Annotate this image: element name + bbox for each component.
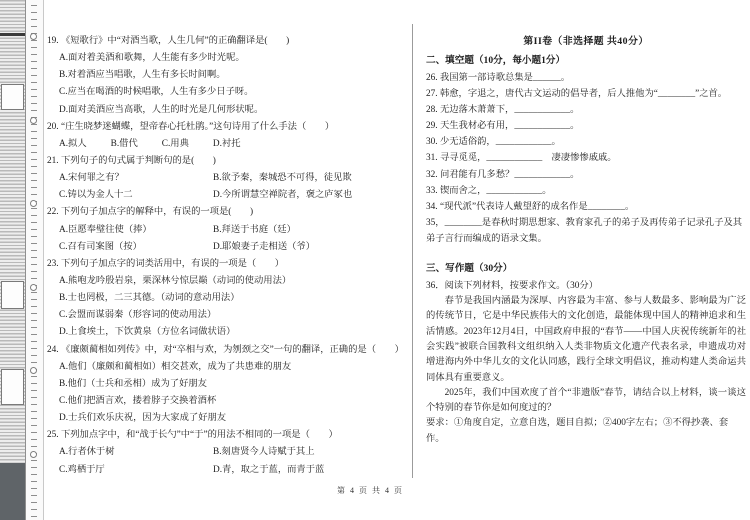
- column-divider: [412, 24, 413, 478]
- option: A.面对着美酒和歌舞，人生能有多少时光呢。: [59, 50, 245, 67]
- essay-question-intro: 36．阅读下列材料，按要求作文。（30分）: [426, 278, 746, 294]
- option: D.上食埃土，下饮黄泉（方位名词做状语）: [59, 324, 235, 341]
- option-row: B.对着酒应当唱歌，人生有多长时间啊。: [47, 67, 409, 84]
- option: C.应当在喝酒的时候唱歌，人生有多少日子呀。: [59, 84, 253, 101]
- vertical-ruler: [26, 0, 44, 520]
- fill-in-blank-item: 30. 少无适俗韵，____________。: [426, 134, 746, 150]
- option: C.铸以为金人十二: [59, 187, 213, 204]
- option: D.士兵们欢乐庆祝，因为大家成了好朋友: [59, 410, 226, 427]
- choice-questions-column: 19. 《短歌行》中“对酒当歌，人生几何”的正确翻译是( )A.面对着美酒和歌舞…: [47, 33, 409, 479]
- ruler-marker-icon[interactable]: [30, 367, 37, 374]
- question-stem: 20. “庄生晓梦迷蝴蝶，望帝春心托杜鹃。”这句诗用了什么手法（ ）: [47, 119, 409, 136]
- option: C.鸡栖于厅: [59, 462, 213, 479]
- ruler-marker-icon[interactable]: [30, 200, 37, 207]
- thumbnail-blank-block: [1, 281, 24, 309]
- page-number: 第 4 页 共 4 页: [337, 485, 404, 496]
- fill-in-blank-item: 34. “现代派”代表诗人戴望舒的成名作是________。: [426, 199, 746, 215]
- option: D.青，取之于蓝，而青于蓝: [213, 462, 324, 479]
- fill-in-blank-item: 33. 锲而舍之，____________。: [426, 183, 746, 199]
- option-row: C.铸以为金人十二D.今所谓慧空禅院者，褒之庐冢也: [47, 187, 409, 204]
- fill-in-blank-item: 29. 天生我材必有用，____________。: [426, 118, 746, 134]
- question-item: 21. 下列句子的句式属于判断句的是( )A.宋何罪之有？B.欲予秦，秦城恐不可…: [47, 153, 409, 204]
- fill-in-blank-item: 35，________是春秋时期思想家、教育家孔子的弟子及再传弟子记录孔子及其弟…: [426, 215, 746, 247]
- option: B.借代: [111, 136, 138, 153]
- page-thumbnails-panel[interactable]: [0, 0, 26, 520]
- option: D.衬托: [213, 136, 241, 153]
- option-row: A.熊咆龙吟殷岩泉，栗深林兮惊层巅（动词的使动用法）: [47, 273, 409, 290]
- option: B.对着酒应当唱歌，人生有多长时间啊。: [59, 67, 226, 84]
- question-stem: 25. 下列加点字中，和“战于长勺”中“于”的用法不相同的一项是（ ）: [47, 427, 409, 444]
- fill-in-blank-item: 31. 寻寻觅觅，____________ 凄凄惨惨戚戚。: [426, 150, 746, 166]
- ruler-marker-icon[interactable]: [30, 284, 37, 291]
- thumbnail-selected-block[interactable]: [0, 463, 25, 520]
- thumbnail-page-break: [0, 33, 25, 36]
- option: B.拜送于书庭（廷）: [213, 222, 296, 239]
- option-row: A.拟人B.借代C.用典D.衬托: [47, 136, 409, 153]
- option-row: C.会盟而谋弱秦（形容词的使动用法）: [47, 307, 409, 324]
- option: D.耶娘妻子走相送（爷）: [213, 239, 315, 256]
- fill-in-blank-list: 26. 我国第一部诗歌总集是______。27. 韩愈，字退之，唐代古文运动的倡…: [426, 70, 746, 247]
- option: B.欲予秦，秦城恐不可得，徒见欺: [213, 170, 352, 187]
- option: D.面对美酒应当高歌，人生的时光是几何形状呢。: [59, 102, 263, 119]
- option: A.熊咆龙吟殷岩泉，栗深林兮惊层巅（动词的使动用法）: [59, 273, 291, 290]
- option: C.会盟而谋弱秦（形容词的使动用法）: [59, 307, 216, 324]
- question-item: 20. “庄生晓梦迷蝴蝶，望帝春心托杜鹃。”这句诗用了什么手法（ ）A.拟人B.…: [47, 119, 409, 153]
- volume-2-title: 第II卷（非选择题 共40分）: [426, 33, 746, 51]
- ruler-marker-icon[interactable]: [30, 117, 37, 124]
- option: A.宋何罪之有？: [59, 170, 213, 187]
- option: B.士也罔极，二三其德。（动词的意动用法）: [59, 290, 240, 307]
- essay-material-paragraph: 2025年，我们中国欢度了首个“非遗版”春节，请结合以上材料，谈一谈这个特别的春…: [426, 386, 746, 417]
- option-row: B.他们（士兵和丞相）成为了好朋友: [47, 376, 409, 393]
- option-row: C.应当在喝酒的时候唱歌，人生有多少日子呀。: [47, 84, 409, 101]
- fill-section-title: 二、填空题（10分，每小题1分）: [426, 52, 746, 70]
- option-row: D.士兵们欢乐庆祝，因为大家成了好朋友: [47, 410, 409, 427]
- question-item: 24. 《廉颇蔺相如列传》中，对“卒相与欢，为刎颈之交”一句的翻译，正确的是（ …: [47, 342, 409, 428]
- option: C.用典: [162, 136, 189, 153]
- writing-section-title: 三、写作题（30分）: [426, 260, 746, 278]
- question-stem: 21. 下列句子的句式属于判断句的是( ): [47, 153, 409, 170]
- option: B.他们（士兵和丞相）成为了好朋友: [59, 376, 207, 393]
- option: B.刻唐贤今人诗赋于其上: [213, 444, 315, 461]
- ruler-ticks: [31, 2, 37, 518]
- option-row: A.他们（廉颇和蔺相如）相交甚欢，成为了共患难的朋友: [47, 359, 409, 376]
- option-row: D.上食埃土，下饮黄泉（方位名词做状语）: [47, 324, 409, 341]
- thumbnail-blank-block: [1, 84, 24, 110]
- question-stem: 24. 《廉颇蔺相如列传》中，对“卒相与欢，为刎颈之交”一句的翻译，正确的是（ …: [47, 342, 409, 359]
- question-stem: 22. 下列句子加点字的解释中，有误的一项是( ): [47, 204, 409, 221]
- option-row: B.士也罔极，二三其德。（动词的意动用法）: [47, 290, 409, 307]
- fill-in-blank-item: 27. 韩愈，字退之，唐代古文运动的倡导者，后人推他为“________”之首。: [426, 86, 746, 102]
- option: D.今所谓慧空禅院者，褒之庐冢也: [213, 187, 352, 204]
- option: A.拟人: [59, 136, 87, 153]
- fill-in-blank-item: 32. 问君能有几多愁？____________。: [426, 167, 746, 183]
- thumbnail-blank-block: [1, 369, 24, 405]
- essay-requirements: 要求：①角度自定，立意自选，题目自拟；②400字左右；③不得抄袭、套作。: [426, 416, 746, 447]
- option-row: A.行者休于树B.刻唐贤今人诗赋于其上: [47, 444, 409, 461]
- exam-page: 19. 《短歌行》中“对酒当歌，人生几何”的正确翻译是( )A.面对着美酒和歌舞…: [44, 0, 750, 520]
- ruler-marker-icon[interactable]: [30, 451, 37, 458]
- option: A.他们（廉颇和蔺相如）相交甚欢，成为了共患难的朋友: [59, 359, 291, 376]
- option-row: A.宋何罪之有？B.欲予秦，秦城恐不可得，徒见欺: [47, 170, 409, 187]
- option-row: C.召有司案图（按）D.耶娘妻子走相送（爷）: [47, 239, 409, 256]
- option-row: A.面对着美酒和歌舞，人生能有多少时光呢。: [47, 50, 409, 67]
- question-item: 22. 下列句子加点字的解释中，有误的一项是( )A.臣愿奉璧往使（捧）B.拜送…: [47, 204, 409, 255]
- ruler-marker-icon[interactable]: [30, 33, 37, 40]
- option: A.臣愿奉璧往使（捧）: [59, 222, 213, 239]
- option: C.他们把酒言欢，搂着脖子交换着酒杯: [59, 393, 216, 410]
- question-item: 23. 下列句子加点字的词类活用中，有误的一项是（ ）A.熊咆龙吟殷岩泉，栗深林…: [47, 256, 409, 342]
- non-choice-column: 第II卷（非选择题 共40分） 二、填空题（10分，每小题1分） 26. 我国第…: [426, 33, 746, 447]
- question-item: 19. 《短歌行》中“对酒当歌，人生几何”的正确翻译是( )A.面对着美酒和歌舞…: [47, 33, 409, 119]
- question-stem: 19. 《短歌行》中“对酒当歌，人生几何”的正确翻译是( ): [47, 33, 409, 50]
- fill-in-blank-item: 28. 无边落木萧萧下，____________。: [426, 102, 746, 118]
- option-row: C.他们把酒言欢，搂着脖子交换着酒杯: [47, 393, 409, 410]
- essay-material-paragraph: 春节是我国内涵最为深厚、内容最为丰富、参与人数最多、影响最为广泛的传统节日，它是…: [426, 294, 746, 386]
- option: A.行者休于树: [59, 444, 213, 461]
- question-item: 25. 下列加点字中，和“战于长勺”中“于”的用法不相同的一项是（ ）A.行者休…: [47, 427, 409, 478]
- option-row: C.鸡栖于厅D.青，取之于蓝，而青于蓝: [47, 462, 409, 479]
- question-stem: 23. 下列句子加点字的词类活用中，有误的一项是（ ）: [47, 256, 409, 273]
- option-row: D.面对美酒应当高歌，人生的时光是几何形状呢。: [47, 102, 409, 119]
- fill-in-blank-item: 26. 我国第一部诗歌总集是______。: [426, 70, 746, 86]
- option: C.召有司案图（按）: [59, 239, 213, 256]
- option-row: A.臣愿奉璧往使（捧）B.拜送于书庭（廷）: [47, 222, 409, 239]
